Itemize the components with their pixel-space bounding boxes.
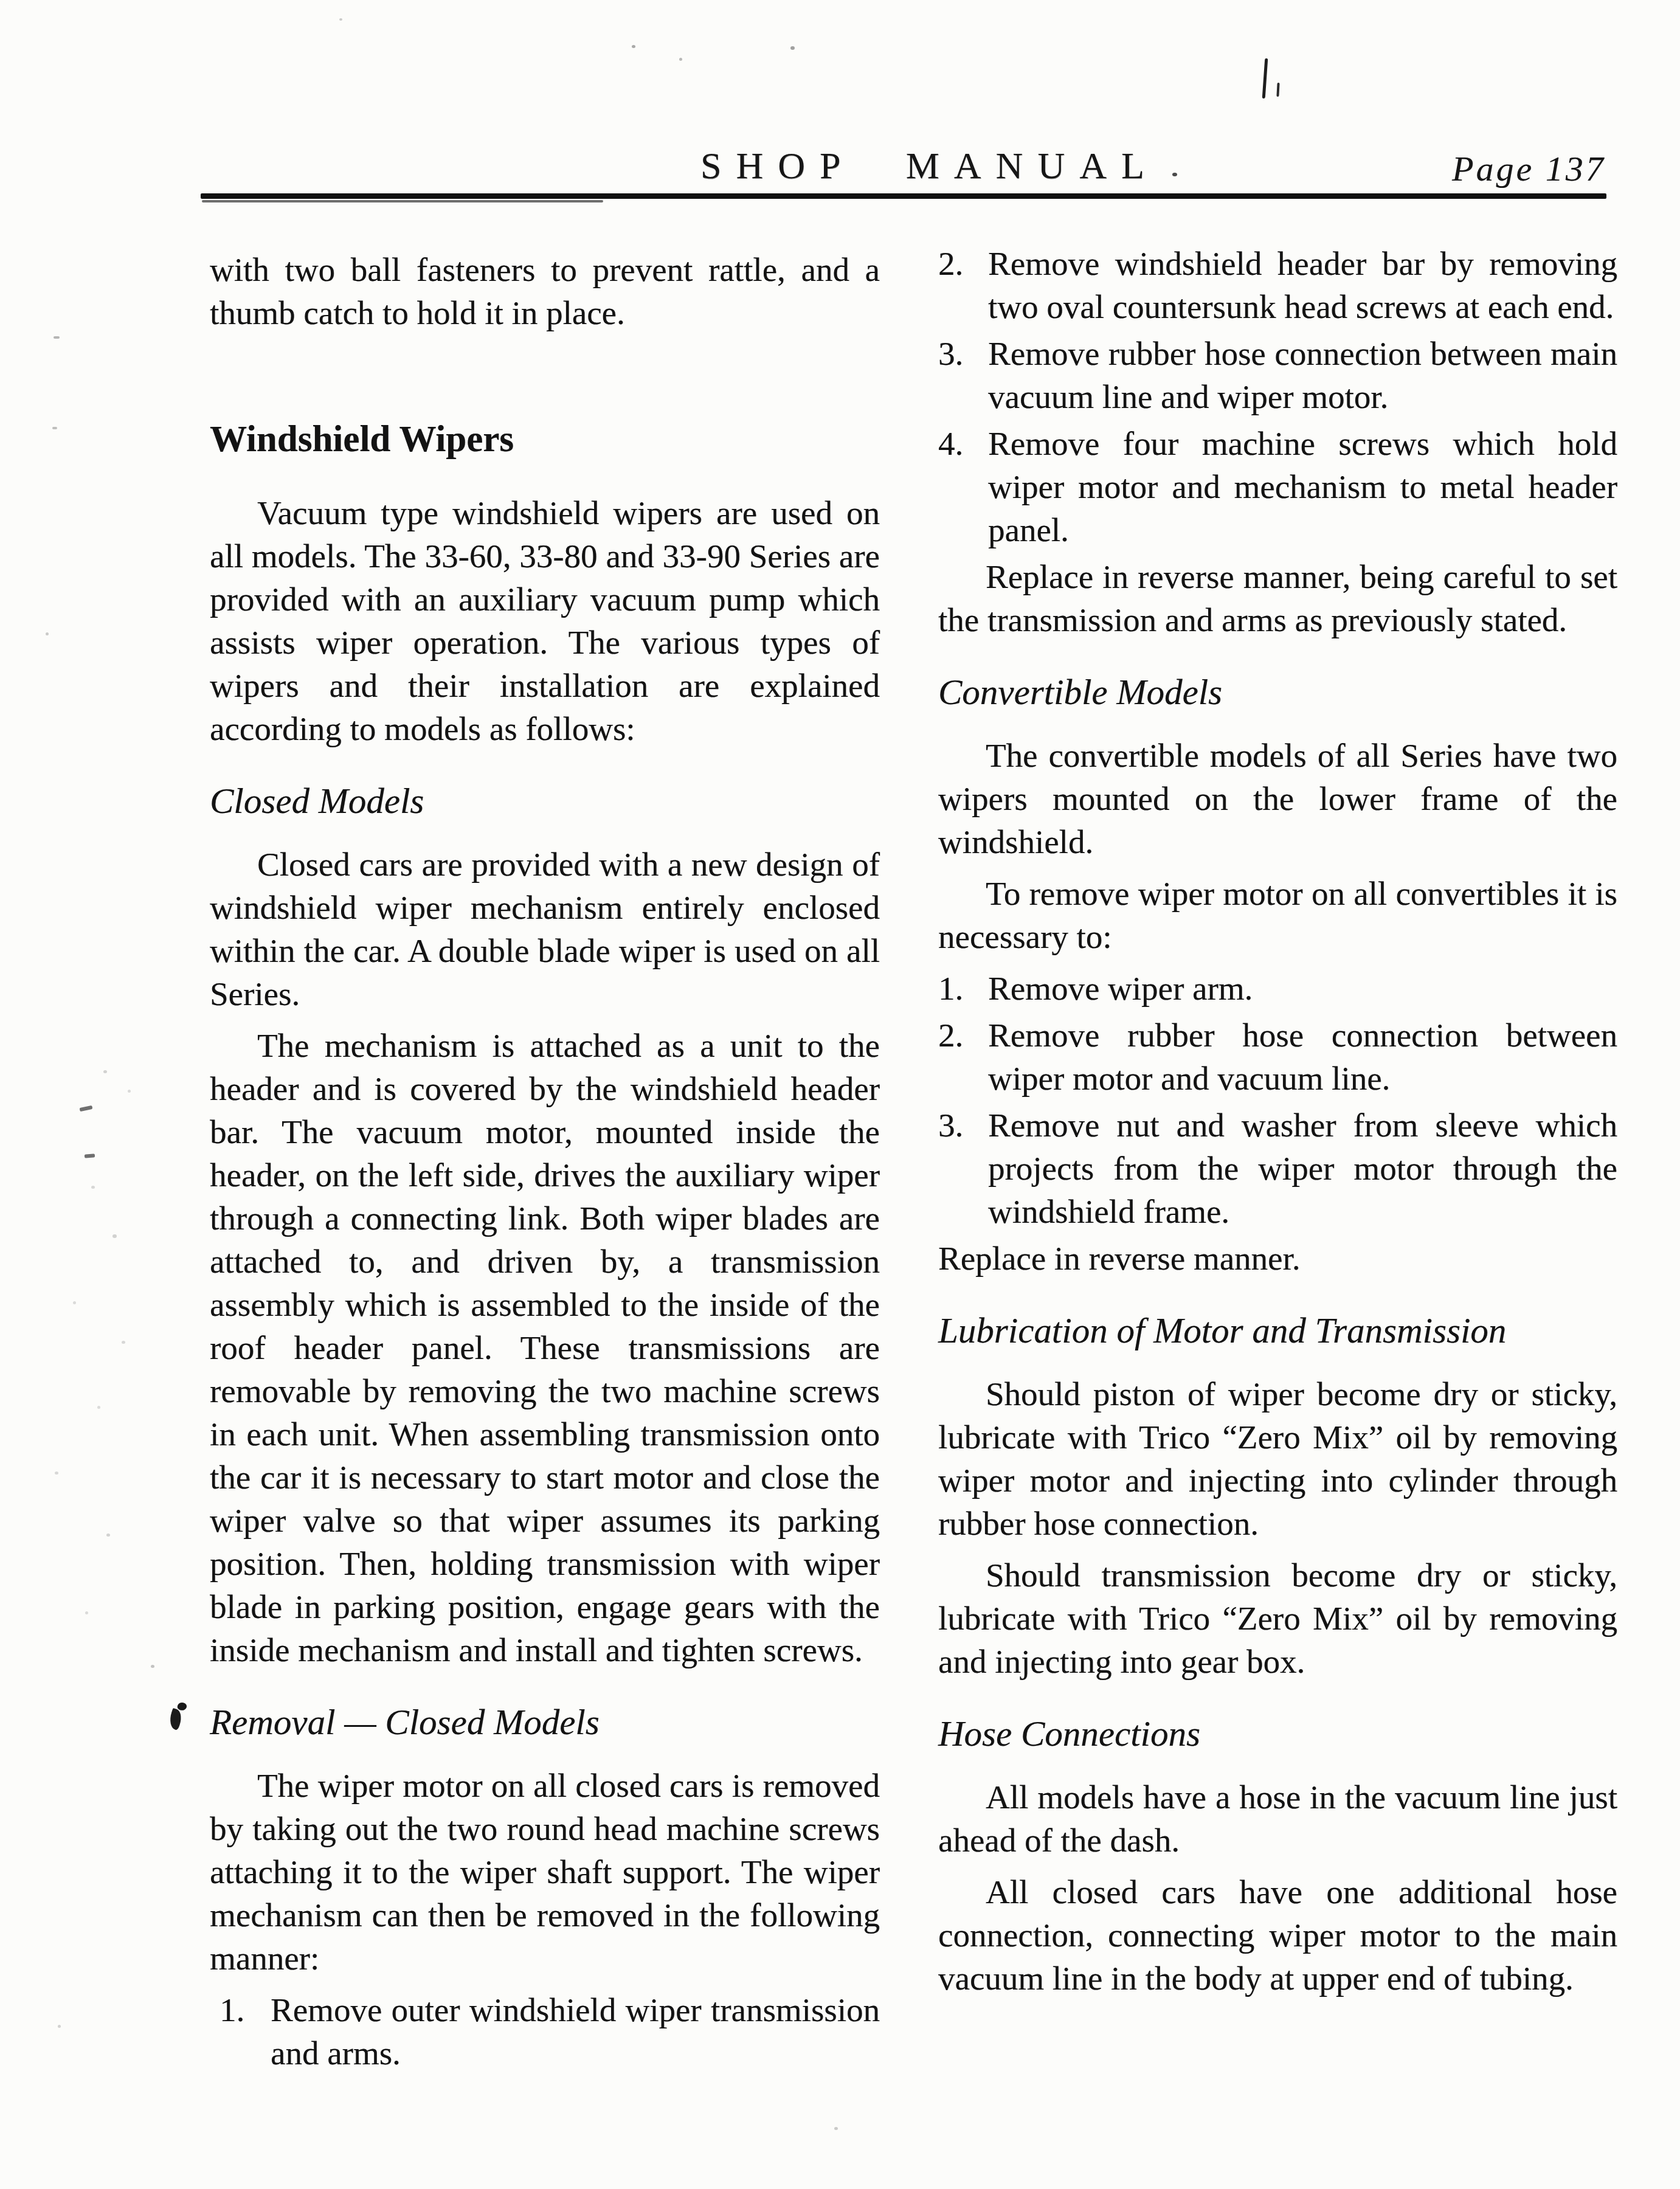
subheading-closed-models: Closed Models xyxy=(210,780,880,822)
list-item-number: 2. xyxy=(938,242,988,328)
scan-speck xyxy=(55,1471,58,1475)
scan-speck xyxy=(58,2025,61,2028)
subheading-lubrication: Lubrication of Motor and Transmission xyxy=(938,1309,1617,1352)
scan-speck xyxy=(339,18,342,21)
scan-speck xyxy=(54,336,60,339)
list-item-number: 4. xyxy=(938,422,988,552)
paragraph-continuation: with two ball fasteners to prevent rattl… xyxy=(210,248,880,334)
list-item-text: Remove four machine screws which hold wi… xyxy=(988,422,1617,552)
scan-speck xyxy=(80,1105,93,1112)
scan-speck xyxy=(106,1534,110,1537)
scan-speck xyxy=(73,1301,76,1304)
list-item: 2. Remove windshield header bar by remov… xyxy=(938,242,1617,328)
scan-speck xyxy=(122,1341,125,1344)
scan-speck xyxy=(91,1186,95,1189)
list-item-text: Remove rubber hose connection between ma… xyxy=(988,332,1617,418)
section-heading-windshield-wipers: Windshield Wipers xyxy=(210,418,880,461)
header-rule-fragment xyxy=(202,200,603,202)
left-column: with two ball fasteners to prevent rattl… xyxy=(210,248,880,2078)
paragraph-convertible: The convertible models of all Series hav… xyxy=(938,734,1617,863)
scan-speck xyxy=(103,1070,107,1073)
list-item-number: 1. xyxy=(220,1988,271,2075)
paragraph-transmission: Should transmission become dry or sticky… xyxy=(938,1554,1617,1683)
right-column: 2. Remove windshield header bar by remov… xyxy=(938,242,1617,2008)
list-item-text: Remove nut and washer from sleeve which … xyxy=(988,1104,1617,1233)
list-item-text: Remove windshield header bar by removing… xyxy=(988,242,1617,328)
paragraph-closed-cars: Closed cars are provided with a new desi… xyxy=(210,843,880,1015)
subheading-convertible-models: Convertible Models xyxy=(938,671,1617,713)
subheading-removal-closed-models: Removal — Closed Models xyxy=(210,1701,880,1743)
list-item: 2. Remove rubber hose connection between… xyxy=(938,1014,1617,1100)
list-item-text: Remove wiper arm. xyxy=(988,967,1617,1010)
scan-speck xyxy=(46,632,49,635)
list-item: 3. Remove nut and washer from sleeve whi… xyxy=(938,1104,1617,1233)
header-rule xyxy=(201,193,1606,199)
scan-stroke-artifact xyxy=(1262,58,1268,99)
scan-speck xyxy=(128,1090,131,1093)
list-item: 4. Remove four machine screws which hold… xyxy=(938,422,1617,552)
list-item-text: Remove outer windshield wiper transmissi… xyxy=(271,1988,880,2075)
list-item: 1. Remove wiper arm. xyxy=(938,967,1617,1010)
paragraph-vacuum-type: Vacuum type windshield wipers are used o… xyxy=(210,491,880,750)
scan-speck xyxy=(790,46,795,50)
scan-speck xyxy=(151,1665,154,1668)
page-number: Page 137 xyxy=(1452,148,1606,189)
ink-blot-artifact xyxy=(177,1701,188,1711)
paragraph-hose-all-models: All models have a hose in the vacuum lin… xyxy=(938,1776,1617,1862)
list-item: 1. Remove outer windshield wiper transmi… xyxy=(210,1988,880,2075)
list-item: 3. Remove rubber hose connection between… xyxy=(938,332,1617,418)
scan-speck xyxy=(679,58,682,61)
paragraph-removal: The wiper motor on all closed cars is re… xyxy=(210,1764,880,1980)
scan-stroke-artifact xyxy=(1276,83,1279,97)
scan-speck xyxy=(834,2127,838,2130)
page-title: SHOP MANUAL xyxy=(700,145,1159,188)
list-item-number: 3. xyxy=(938,1104,988,1233)
scan-speck xyxy=(85,1611,88,1614)
list-item-number: 1. xyxy=(938,967,988,1010)
scan-speck xyxy=(112,1234,117,1238)
paragraph-piston: Should piston of wiper become dry or sti… xyxy=(938,1372,1617,1545)
paragraph-mechanism: The mechanism is attached as a unit to t… xyxy=(210,1024,880,1672)
list-item-text: Remove rubber hose connection between wi… xyxy=(988,1014,1617,1100)
paragraph-to-remove: To remove wiper motor on all convertible… xyxy=(938,872,1617,958)
list-item-number: 2. xyxy=(938,1014,988,1100)
scan-dot-artifact xyxy=(1172,173,1177,176)
scan-speck xyxy=(632,45,635,48)
manual-page: SHOP MANUAL Page 137 with two ball faste… xyxy=(0,0,1680,2189)
paragraph-replace: Replace in reverse manner. xyxy=(938,1237,1617,1280)
paragraph-hose-closed: All closed cars have one additional hose… xyxy=(938,1870,1617,2000)
scan-speck xyxy=(52,427,57,429)
scan-speck xyxy=(85,1153,95,1158)
paragraph-replace-careful: Replace in reverse manner, being careful… xyxy=(938,555,1617,641)
subheading-hose-connections: Hose Connections xyxy=(938,1712,1617,1755)
ink-blot-artifact xyxy=(167,1708,184,1731)
list-item-number: 3. xyxy=(938,332,988,418)
scan-speck xyxy=(97,1406,100,1409)
